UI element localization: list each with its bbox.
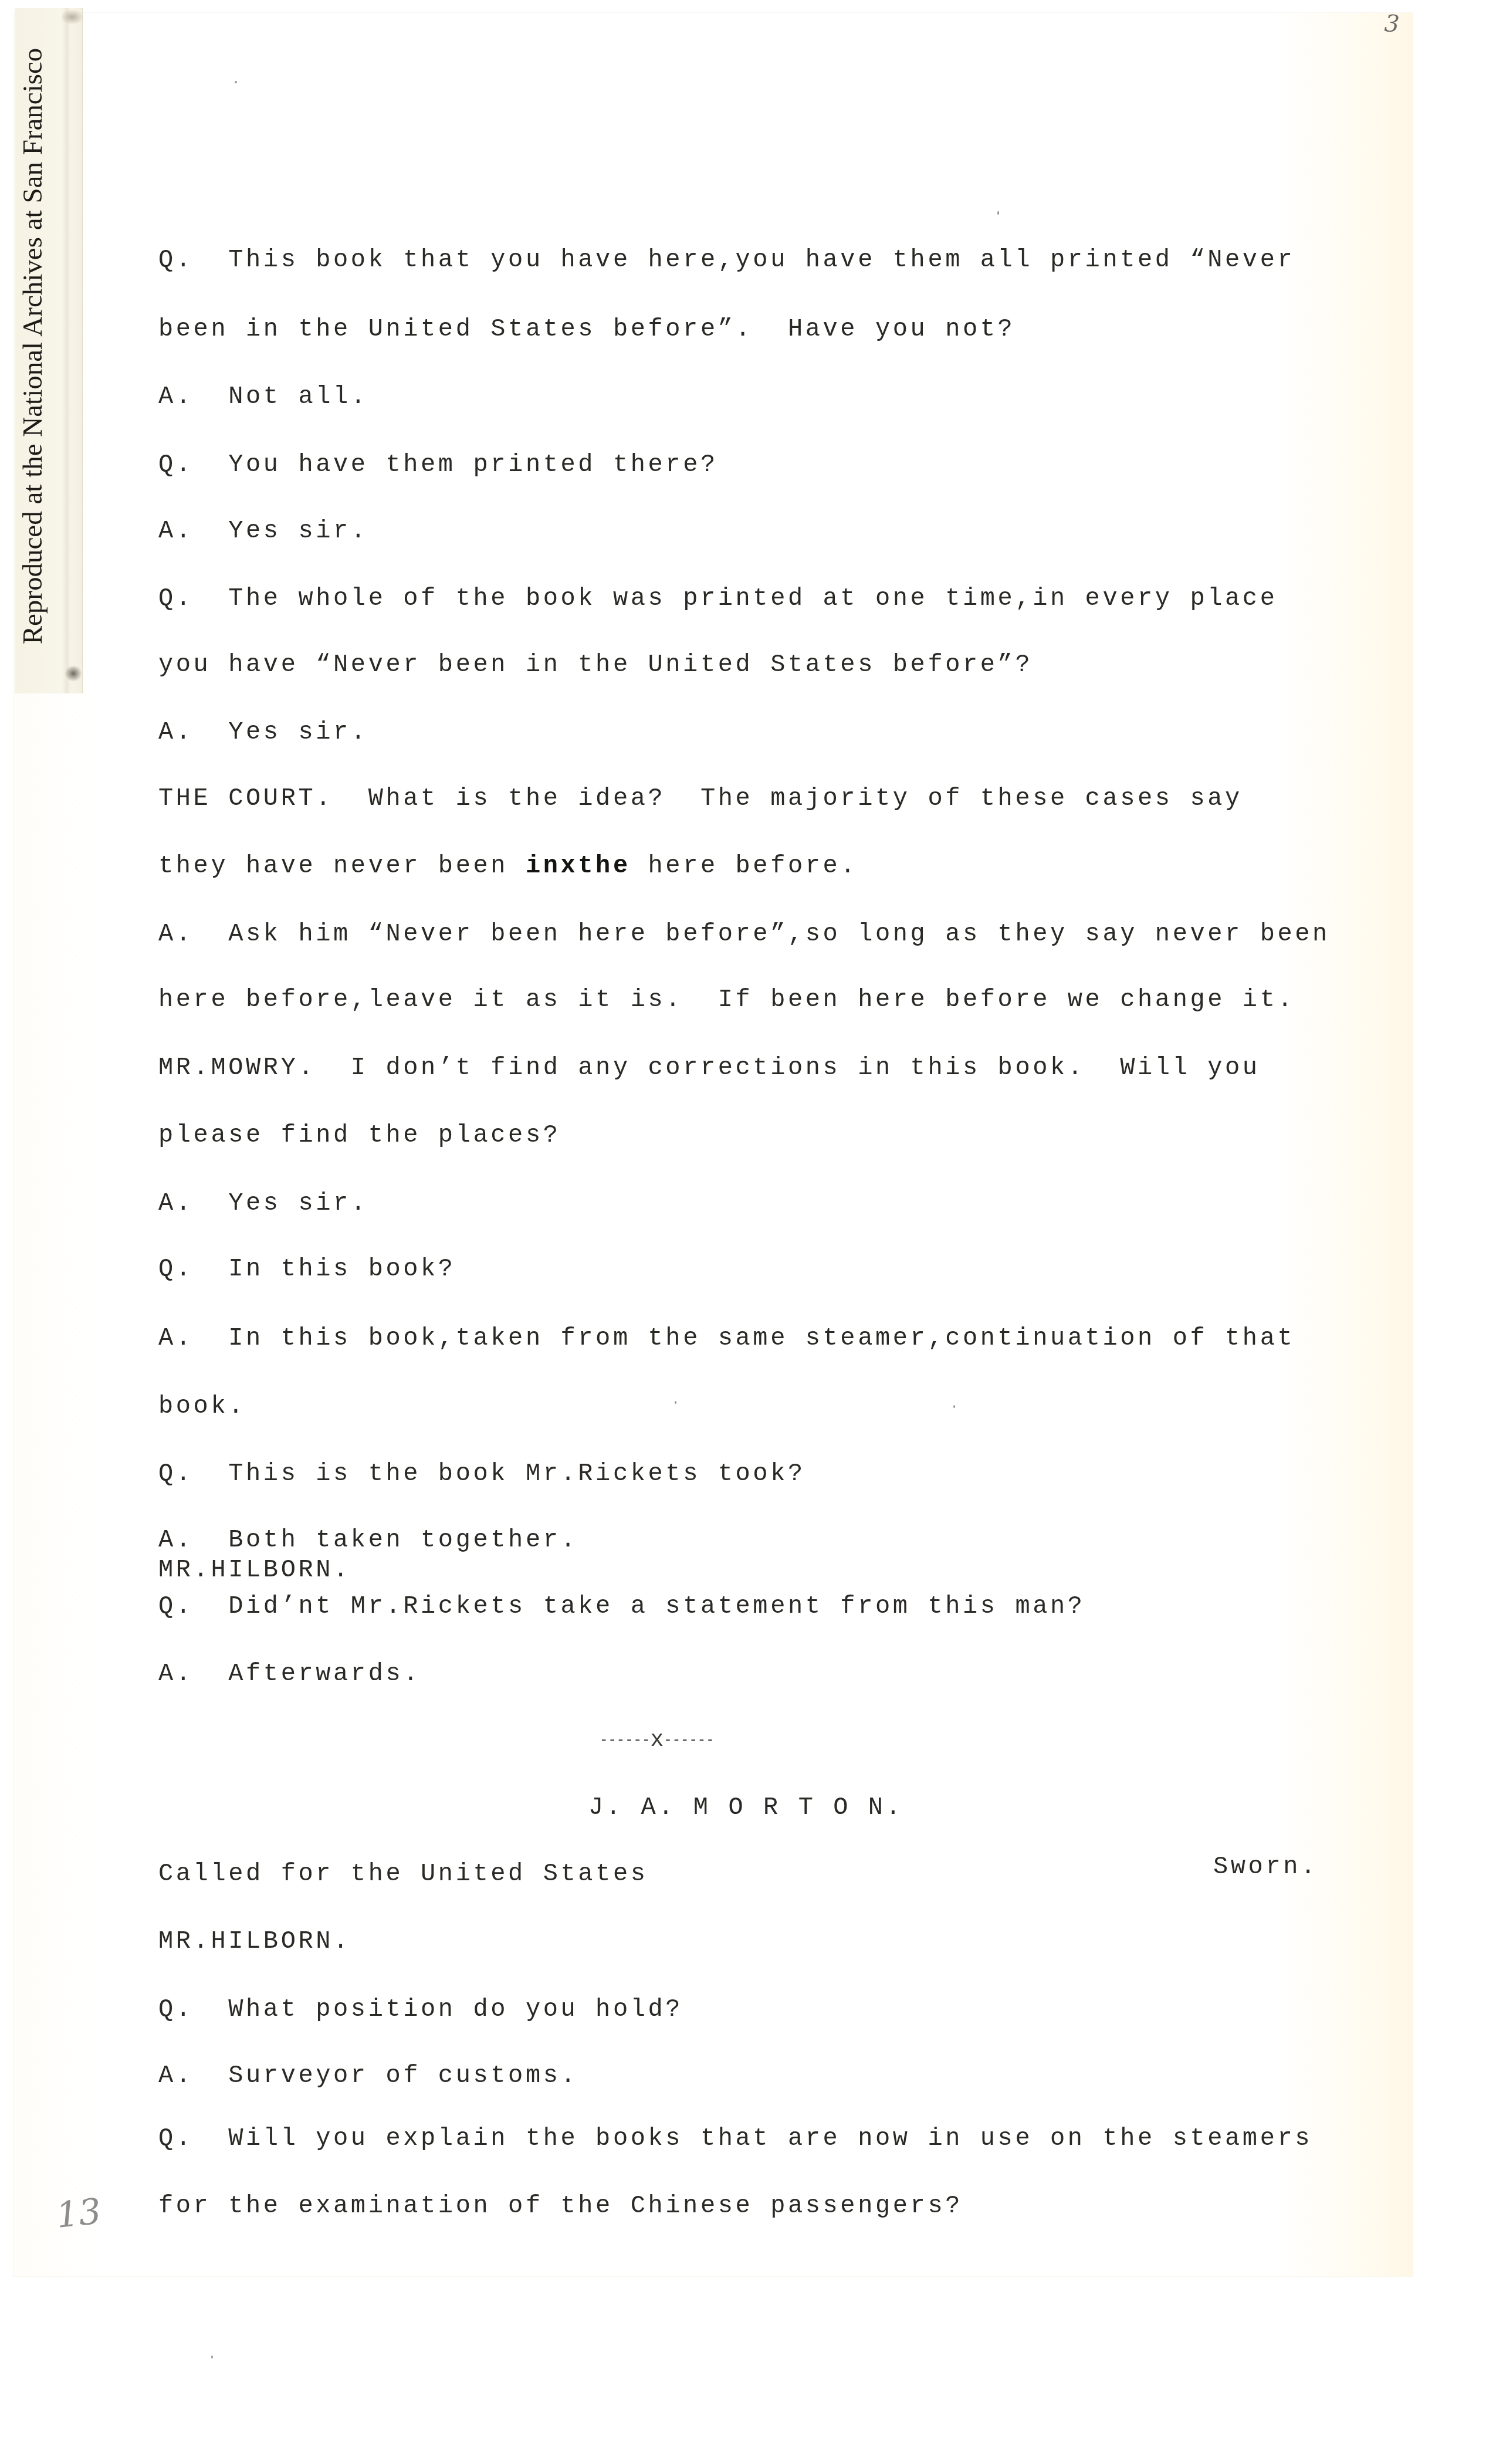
line-text: This book that you have here,you have th… (228, 246, 1295, 274)
transcript-line: MR.MOWRY. I don’t find any corrections i… (158, 1055, 1260, 1080)
speaker-label: A. (158, 1189, 228, 1217)
staple-mark (60, 9, 84, 25)
divider-mark: x (650, 1728, 664, 1753)
transcript-line: MR.HILBORN. (158, 1929, 351, 1954)
line-text: for the examination of the Chinese passe… (158, 2192, 963, 2220)
speaker-label: Q. (158, 451, 228, 479)
transcript-line: book. (158, 1394, 246, 1419)
speaker-label: Q. (158, 1592, 228, 1620)
line-text: In this book? (228, 1255, 455, 1283)
line-text: you have “Never been in the United State… (158, 651, 1033, 679)
speaker-label: MR.HILBORN. (158, 1927, 351, 1955)
line-text: Not all. (228, 383, 368, 411)
transcript-line: they have never been inxthe here before. (158, 854, 858, 878)
line-text: What is the idea? The majority of these … (368, 784, 1243, 813)
transcript-line: Q. The whole of the book was printed at … (158, 586, 1277, 611)
transcript-line: A. Both taken together. (158, 1528, 578, 1552)
speaker-label: A. (158, 1324, 228, 1352)
struck-out-text: inxthe (526, 852, 631, 880)
transcript-line: A. Yes sir. (158, 1191, 368, 1216)
line-text: been in the United States before”. Have … (158, 315, 1015, 343)
transcript-line: A. Ask him “Never been here before”,so l… (158, 922, 1330, 946)
line-text: In this book,taken from the same steamer… (228, 1324, 1295, 1352)
archive-stamp-text: Reproduced at the National Archives at S… (17, 48, 49, 645)
line-text: Ask him “Never been here before”,so long… (228, 920, 1330, 948)
line-text: Yes sir. (228, 517, 368, 545)
line-text: here before,leave it as it is. If been h… (158, 986, 1295, 1014)
line-text: book. (158, 1392, 246, 1420)
speaker-label: A. (158, 383, 228, 411)
paper-speck (211, 2355, 213, 2358)
speaker-label: A. (158, 718, 228, 746)
page-number: 3 (1383, 10, 1400, 38)
transcript-line: please find the places? (158, 1123, 561, 1148)
speaker-label: Q. (158, 1255, 228, 1283)
transcript-line: A. Afterwards. (158, 1661, 421, 1686)
line-text: What position do you hold? (228, 1995, 683, 2023)
line-text: The whole of the book was printed at one… (228, 584, 1277, 612)
speaker-label: A. (158, 517, 228, 545)
speaker-label: A. (158, 920, 228, 948)
witness-sworn-status: Sworn. (1213, 1854, 1318, 1879)
line-text: here before. (631, 852, 858, 880)
staple-mark (65, 665, 82, 682)
line-text: I don’t find any corrections in this boo… (351, 1054, 1260, 1082)
speaker-label: MR.HILBORN. (158, 1556, 351, 1584)
transcript-line: you have “Never been in the United State… (158, 652, 1033, 677)
paper-speck (953, 1405, 955, 1408)
transcript-line: MR.HILBORN. (158, 1558, 351, 1582)
line-text: Afterwards. (228, 1660, 421, 1688)
speaker-label: THE COURT. (158, 784, 368, 813)
speaker-label: Q. (158, 2124, 228, 2152)
speaker-label: A. (158, 1526, 228, 1554)
paper-speck (675, 1401, 676, 1404)
speaker-label: A. (158, 1660, 228, 1688)
line-text: Yes sir. (228, 1189, 368, 1217)
line-text: Will you explain the books that are now … (228, 2124, 1312, 2152)
speaker-label: Q. (158, 246, 228, 274)
transcript-line: been in the United States before”. Have … (158, 317, 1015, 341)
handwritten-folio-number: 13 (55, 2191, 103, 2236)
transcript-line: Q. In this book? (158, 1257, 456, 1281)
speaker-label: Q. (158, 1995, 228, 2023)
transcript-line: Q. Will you explain the books that are n… (158, 2126, 1312, 2151)
line-text: Yes sir. (228, 718, 368, 746)
divider-dashes: ------ (664, 1732, 714, 1748)
divider-dashes: ------ (600, 1732, 650, 1748)
transcript-line: A. Not all. (158, 384, 368, 409)
transcript-line: THE COURT. What is the idea? The majorit… (158, 786, 1243, 811)
transcript-line: here before,leave it as it is. If been h… (158, 987, 1295, 1012)
transcript-line: A. Surveyor of customs. (158, 2063, 578, 2088)
line-text: they have never been (158, 852, 526, 880)
line-text: This is the book Mr.Rickets took? (228, 1460, 805, 1488)
transcript-line: Q. This book that you have here,you have… (158, 248, 1295, 272)
speaker-label: Q. (158, 1460, 228, 1488)
line-text: please find the places? (158, 1121, 561, 1149)
speaker-label: Q. (158, 584, 228, 612)
line-text: Surveyor of customs. (228, 2062, 578, 2090)
paper-speck (997, 211, 999, 215)
transcript-line: A. In this book,taken from the same stea… (158, 1326, 1295, 1351)
transcript-line: Q. You have them printed there? (158, 452, 718, 477)
transcript-line: for the examination of the Chinese passe… (158, 2194, 963, 2218)
line-text: Both taken together. (228, 1526, 578, 1554)
transcript-line: A. Yes sir. (158, 519, 368, 543)
section-divider: ------x------ (600, 1728, 715, 1753)
line-text: You have them printed there? (228, 451, 718, 479)
paper-speck (235, 81, 237, 83)
transcript-line: Q. Did’nt Mr.Rickets take a statement fr… (158, 1594, 1085, 1619)
transcript-line: Q. What position do you hold? (158, 1997, 683, 2022)
witness-name-heading: J. A. M O R T O N. (588, 1793, 903, 1822)
speaker-label: MR.MOWRY. (158, 1054, 351, 1082)
transcript-line: A. Yes sir. (158, 720, 368, 744)
line-text: Did’nt Mr.Rickets take a statement from … (228, 1592, 1085, 1620)
transcript-line: Q. This is the book Mr.Rickets took? (158, 1461, 805, 1486)
speaker-label: A. (158, 2062, 228, 2090)
witness-called-for: Called for the United States (158, 1861, 648, 1886)
